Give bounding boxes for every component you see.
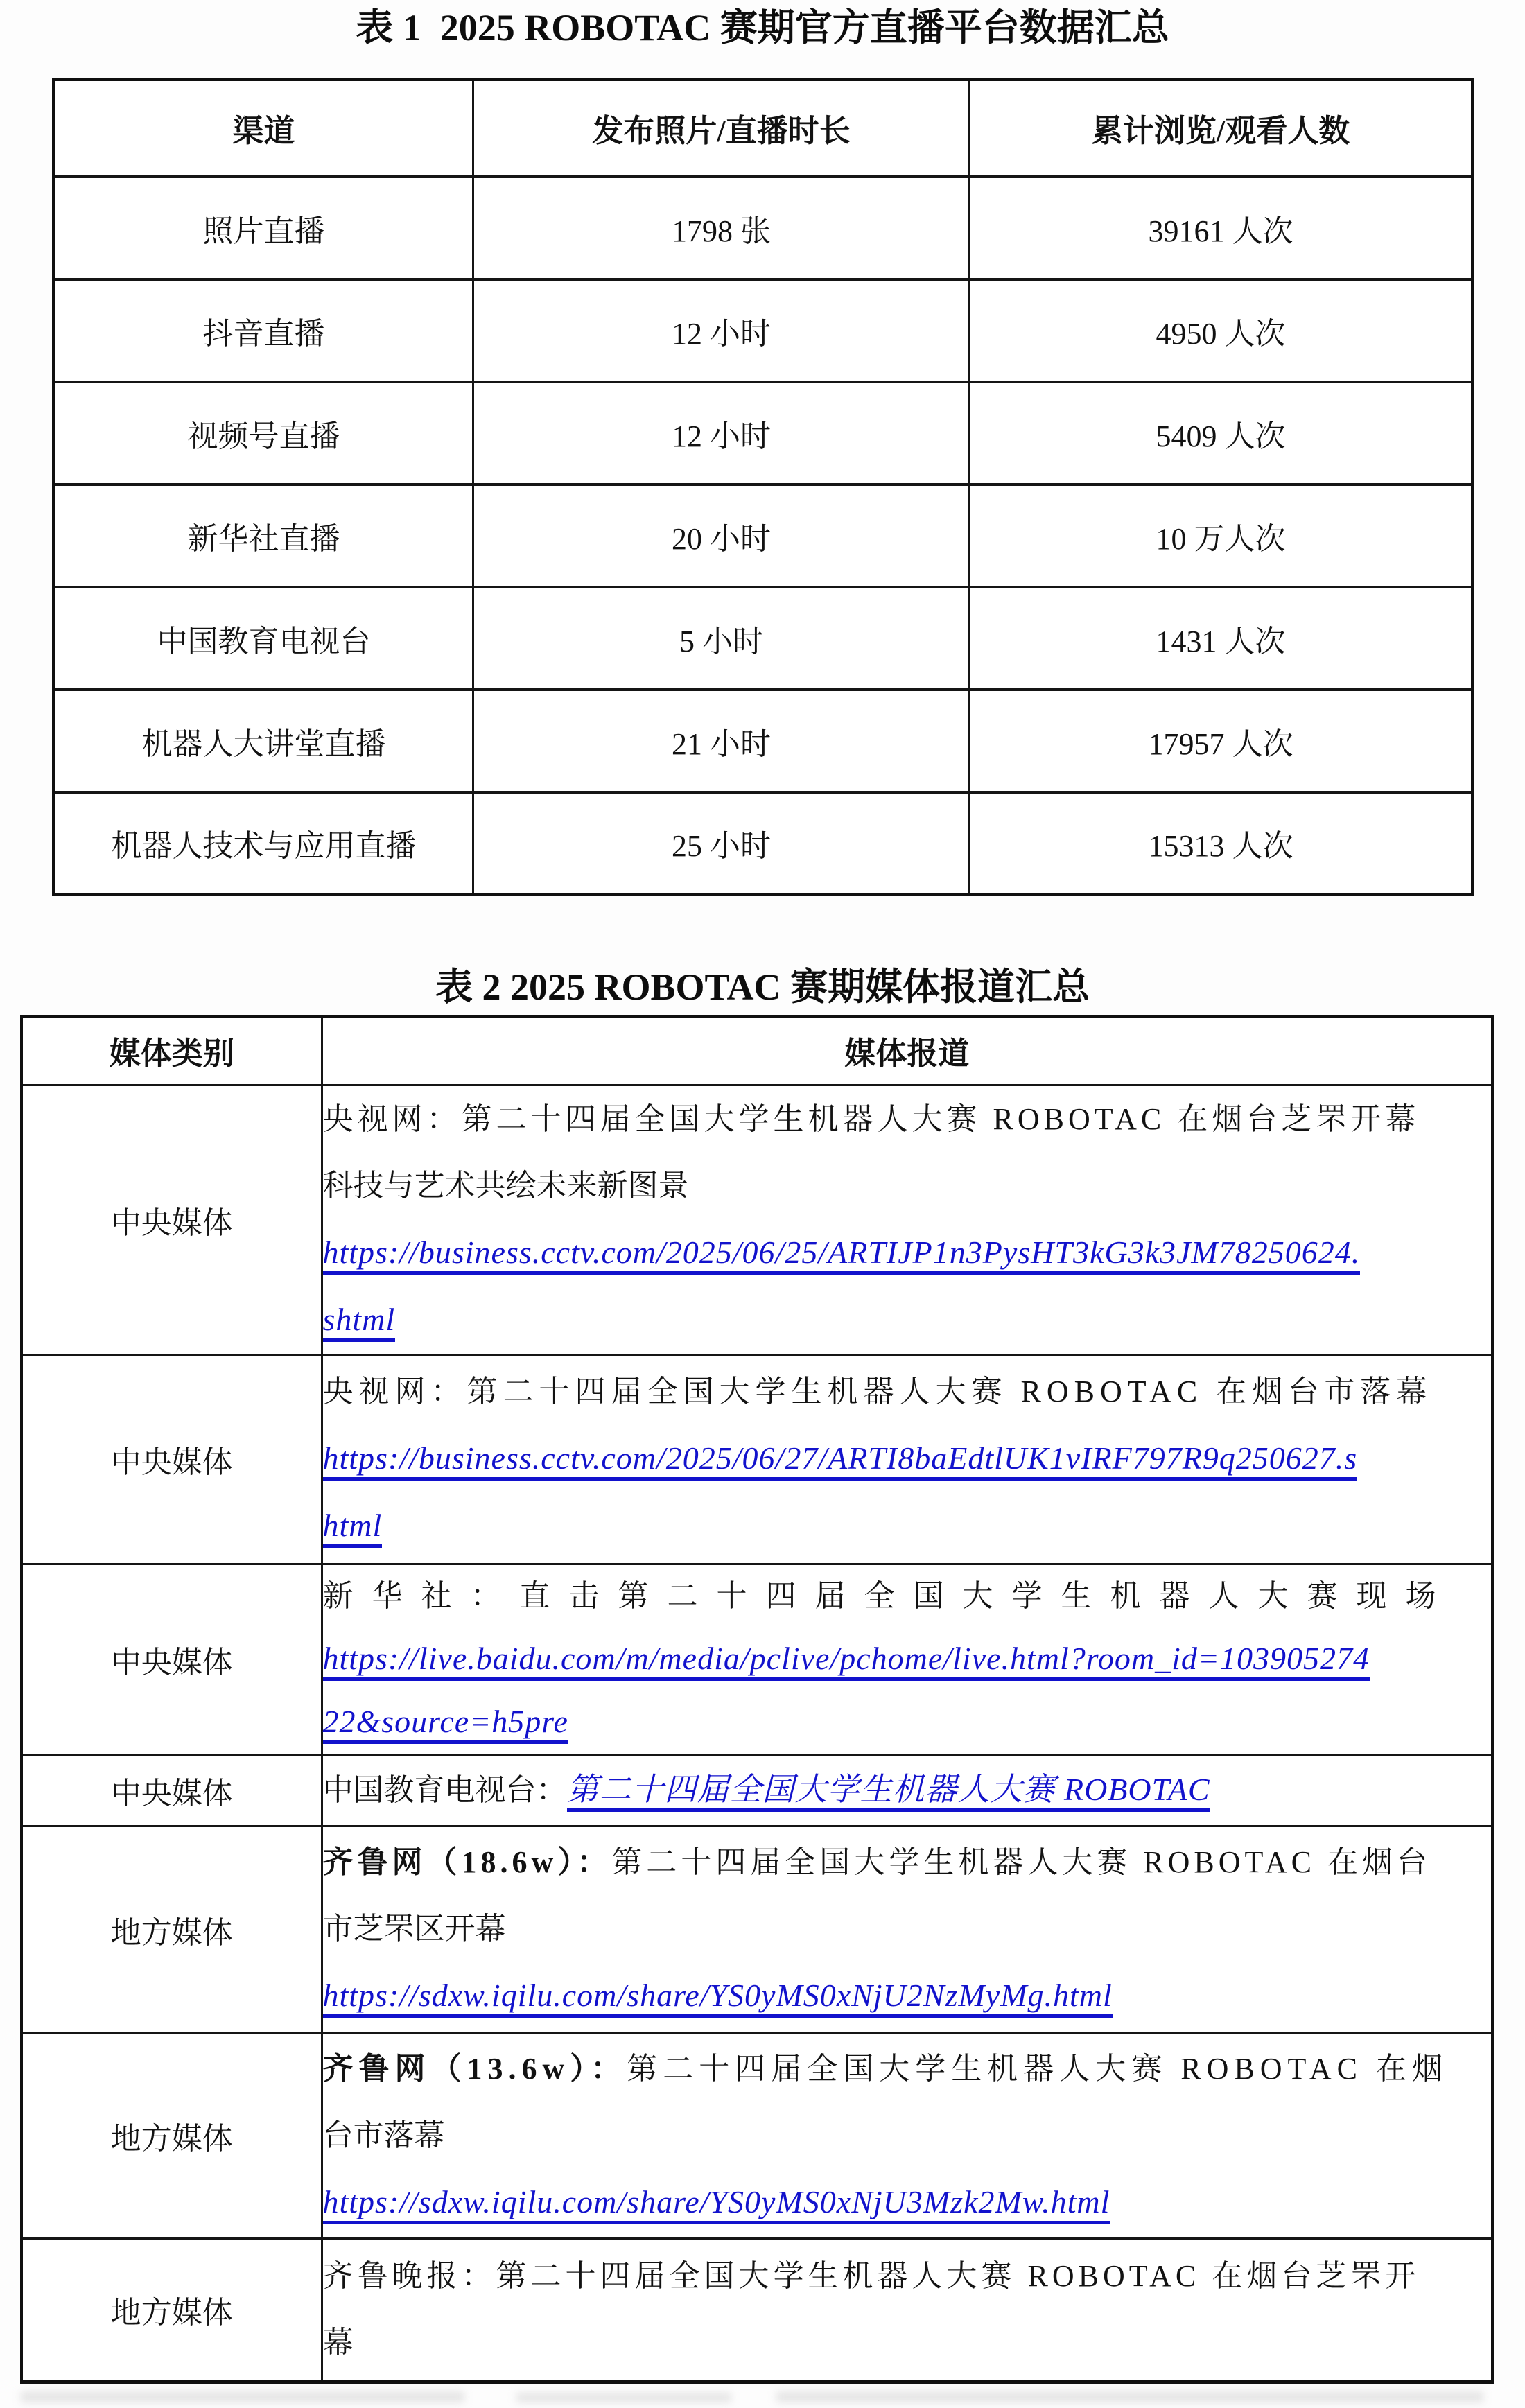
report-link[interactable]: https://sdxw.iqilu.com/share/YS0yMS0xNjU… xyxy=(323,2184,1110,2224)
table-row: 机器人大讲堂直播 21 小时 17957 人次 xyxy=(54,690,1473,792)
table1-title: 表 1 2025 ROBOTAC 赛期官方直播平台数据汇总 xyxy=(0,6,1525,50)
scan-artifact xyxy=(21,2391,464,2402)
media-category-cell: 地方媒体 xyxy=(21,1826,322,2033)
amount-cell: 20 小时 xyxy=(473,485,970,587)
report-link-line: https://business.cctv.com/2025/06/27/ART… xyxy=(323,1425,1492,1492)
report-link[interactable]: https://business.cctv.com/2025/06/27/ART… xyxy=(323,1440,1358,1481)
report-title-line: 市芝罘区开幕 xyxy=(323,1896,1492,1962)
report-link-line: 22&source=h5pre xyxy=(323,1691,1492,1754)
report-link-line: https://business.cctv.com/2025/06/25/ART… xyxy=(323,1219,1492,1286)
views-cell: 15313 人次 xyxy=(970,792,1473,895)
amount-cell: 12 小时 xyxy=(473,279,970,382)
scan-artifact xyxy=(516,2393,731,2402)
views-cell: 39161 人次 xyxy=(970,177,1473,279)
report-link[interactable]: https://live.baidu.com/m/media/pclive/pc… xyxy=(323,1641,1370,1681)
table2-header-row: 媒体类别 媒体报道 xyxy=(21,1016,1492,1085)
amount-cell: 12 小时 xyxy=(473,382,970,485)
media-report-row: 地方媒体 齐鲁晚报：第二十四届全国大学生机器人大赛 ROBOTAC 在烟台芝罘开… xyxy=(21,2238,1492,2382)
header-media-report: 媒体报道 xyxy=(322,1016,1492,1085)
channel-cell: 抖音直播 xyxy=(54,279,473,382)
report-title-line: 齐鲁网（13.6w）：第二十四届全国大学生机器人大赛 ROBOTAC 在烟 xyxy=(323,2036,1492,2102)
media-report-row: 中央媒体 央视网：第二十四届全国大学生机器人大赛 ROBOTAC 在烟台市落幕 … xyxy=(21,1354,1492,1564)
table-row: 照片直播 1798 张 39161 人次 xyxy=(54,177,1473,279)
media-category-cell: 中央媒体 xyxy=(21,1354,322,1564)
media-category-cell: 地方媒体 xyxy=(21,2033,322,2238)
report-title-line: 幕 xyxy=(323,2310,1492,2376)
report-title-line: 中国教育电视台：第二十四届全国大学生机器人大赛 ROBOTAC xyxy=(323,1756,1492,1824)
media-report-cell: 齐鲁网（13.6w）：第二十四届全国大学生机器人大赛 ROBOTAC 在烟 台市… xyxy=(322,2033,1492,2238)
media-report-row: 地方媒体 齐鲁网（18.6w）：第二十四届全国大学生机器人大赛 ROBOTAC … xyxy=(21,1826,1492,2033)
report-link[interactable]: shtml xyxy=(323,1302,396,1342)
table-row: 抖音直播 12 小时 4950 人次 xyxy=(54,279,1473,382)
media-report-cell: 齐鲁网（18.6w）：第二十四届全国大学生机器人大赛 ROBOTAC 在烟台 市… xyxy=(322,1826,1492,2033)
amount-cell: 1798 张 xyxy=(473,177,970,279)
report-title-line: 新华社：直击第二十四届全国大学生机器人大赛现场 xyxy=(323,1565,1492,1628)
report-link-line: https://sdxw.iqilu.com/share/YS0yMS0xNjU… xyxy=(323,2169,1492,2236)
report-title-line: 科技与艺术共绘未来新图景 xyxy=(323,1153,1492,1219)
table1-header-row: 渠道 发布照片/直播时长 累计浏览/观看人数 xyxy=(54,80,1473,177)
header-media-category: 媒体类别 xyxy=(21,1016,322,1085)
report-title-line: 央视网：第二十四届全国大学生机器人大赛 ROBOTAC 在烟台芝罘开幕 xyxy=(323,1086,1492,1153)
media-report-cell: 齐鲁晚报：第二十四届全国大学生机器人大赛 ROBOTAC 在烟台芝罘开 幕 xyxy=(322,2238,1492,2382)
report-title-line: 央视网：第二十四届全国大学生机器人大赛 ROBOTAC 在烟台市落幕 xyxy=(323,1359,1492,1425)
media-report-table: 媒体类别 媒体报道 中央媒体 央视网：第二十四届全国大学生机器人大赛 ROBOT… xyxy=(20,1015,1494,2384)
amount-cell: 5 小时 xyxy=(473,587,970,690)
table-row: 视频号直播 12 小时 5409 人次 xyxy=(54,382,1473,485)
amount-cell: 21 小时 xyxy=(473,690,970,792)
media-report-row: 中央媒体 新华社：直击第二十四届全国大学生机器人大赛现场 https://liv… xyxy=(21,1564,1492,1754)
views-cell: 17957 人次 xyxy=(970,690,1473,792)
scan-artifact xyxy=(776,2391,1483,2402)
channel-cell: 视频号直播 xyxy=(54,382,473,485)
header-published: 发布照片/直播时长 xyxy=(473,80,970,177)
table-row: 中国教育电视台 5 小时 1431 人次 xyxy=(54,587,1473,690)
report-link-line: https://sdxw.iqilu.com/share/YS0yMS0xNjU… xyxy=(323,1962,1492,2030)
header-views: 累计浏览/观看人数 xyxy=(970,80,1473,177)
report-title-line: 齐鲁网（18.6w）：第二十四届全国大学生机器人大赛 ROBOTAC 在烟台 xyxy=(323,1829,1492,1896)
media-category-cell: 地方媒体 xyxy=(21,2238,322,2382)
header-channel: 渠道 xyxy=(54,80,473,177)
media-report-cell: 新华社：直击第二十四届全国大学生机器人大赛现场 https://live.bai… xyxy=(322,1564,1492,1754)
report-link[interactable]: https://sdxw.iqilu.com/share/YS0yMS0xNjU… xyxy=(323,1978,1113,2018)
table-row: 机器人技术与应用直播 25 小时 15313 人次 xyxy=(54,792,1473,895)
report-link-line: shtml xyxy=(323,1286,1492,1354)
media-report-row: 中央媒体 央视网：第二十四届全国大学生机器人大赛 ROBOTAC 在烟台芝罘开幕… xyxy=(21,1085,1492,1354)
report-source-label: 齐鲁网（18.6w）： xyxy=(323,1845,612,1879)
report-source-label: 齐鲁网（13.6w）： xyxy=(323,2052,627,2086)
report-link[interactable]: html xyxy=(323,1508,383,1548)
media-category-cell: 中央媒体 xyxy=(21,1085,322,1354)
views-cell: 4950 人次 xyxy=(970,279,1473,382)
media-report-row: 地方媒体 齐鲁网（13.6w）：第二十四届全国大学生机器人大赛 ROBOTAC … xyxy=(21,2033,1492,2238)
channel-cell: 机器人大讲堂直播 xyxy=(54,690,473,792)
report-link[interactable]: 22&source=h5pre xyxy=(323,1704,568,1744)
media-category-cell: 中央媒体 xyxy=(21,1754,322,1826)
media-report-cell: 中国教育电视台：第二十四届全国大学生机器人大赛 ROBOTAC xyxy=(322,1754,1492,1826)
table-row: 新华社直播 20 小时 10 万人次 xyxy=(54,485,1473,587)
report-title-text: 第二十四届全国大学生机器人大赛 ROBOTAC 在烟 xyxy=(627,2052,1448,2086)
media-report-cell: 央视网：第二十四届全国大学生机器人大赛 ROBOTAC 在烟台市落幕 https… xyxy=(322,1354,1492,1564)
report-source-label: 中国教育电视台： xyxy=(323,1773,567,1807)
channel-cell: 新华社直播 xyxy=(54,485,473,587)
report-link-line: https://live.baidu.com/m/media/pclive/pc… xyxy=(323,1628,1492,1691)
media-report-cell: 央视网：第二十四届全国大学生机器人大赛 ROBOTAC 在烟台芝罘开幕 科技与艺… xyxy=(322,1085,1492,1354)
report-title-line: 台市落幕 xyxy=(323,2102,1492,2169)
amount-cell: 25 小时 xyxy=(473,792,970,895)
media-category-cell: 中央媒体 xyxy=(21,1564,322,1754)
views-cell: 10 万人次 xyxy=(970,485,1473,587)
live-platform-table: 渠道 发布照片/直播时长 累计浏览/观看人数 照片直播 1798 张 39161… xyxy=(52,78,1474,896)
channel-cell: 中国教育电视台 xyxy=(54,587,473,690)
report-link[interactable]: https://business.cctv.com/2025/06/25/ART… xyxy=(323,1234,1361,1275)
views-cell: 1431 人次 xyxy=(970,587,1473,690)
table2-title: 表 2 2025 ROBOTAC 赛期媒体报道汇总 xyxy=(0,965,1525,1009)
channel-cell: 照片直播 xyxy=(54,177,473,279)
report-link[interactable]: 第二十四届全国大学生机器人大赛 ROBOTAC xyxy=(567,1772,1210,1812)
channel-cell: 机器人技术与应用直播 xyxy=(54,792,473,895)
report-title-text: 第二十四届全国大学生机器人大赛 ROBOTAC 在烟台 xyxy=(611,1845,1431,1879)
report-title-line: 齐鲁晚报：第二十四届全国大学生机器人大赛 ROBOTAC 在烟台芝罘开 xyxy=(323,2243,1492,2310)
views-cell: 5409 人次 xyxy=(970,382,1473,485)
media-report-row: 中央媒体 中国教育电视台：第二十四届全国大学生机器人大赛 ROBOTAC xyxy=(21,1754,1492,1826)
report-link-line: html xyxy=(323,1492,1492,1560)
